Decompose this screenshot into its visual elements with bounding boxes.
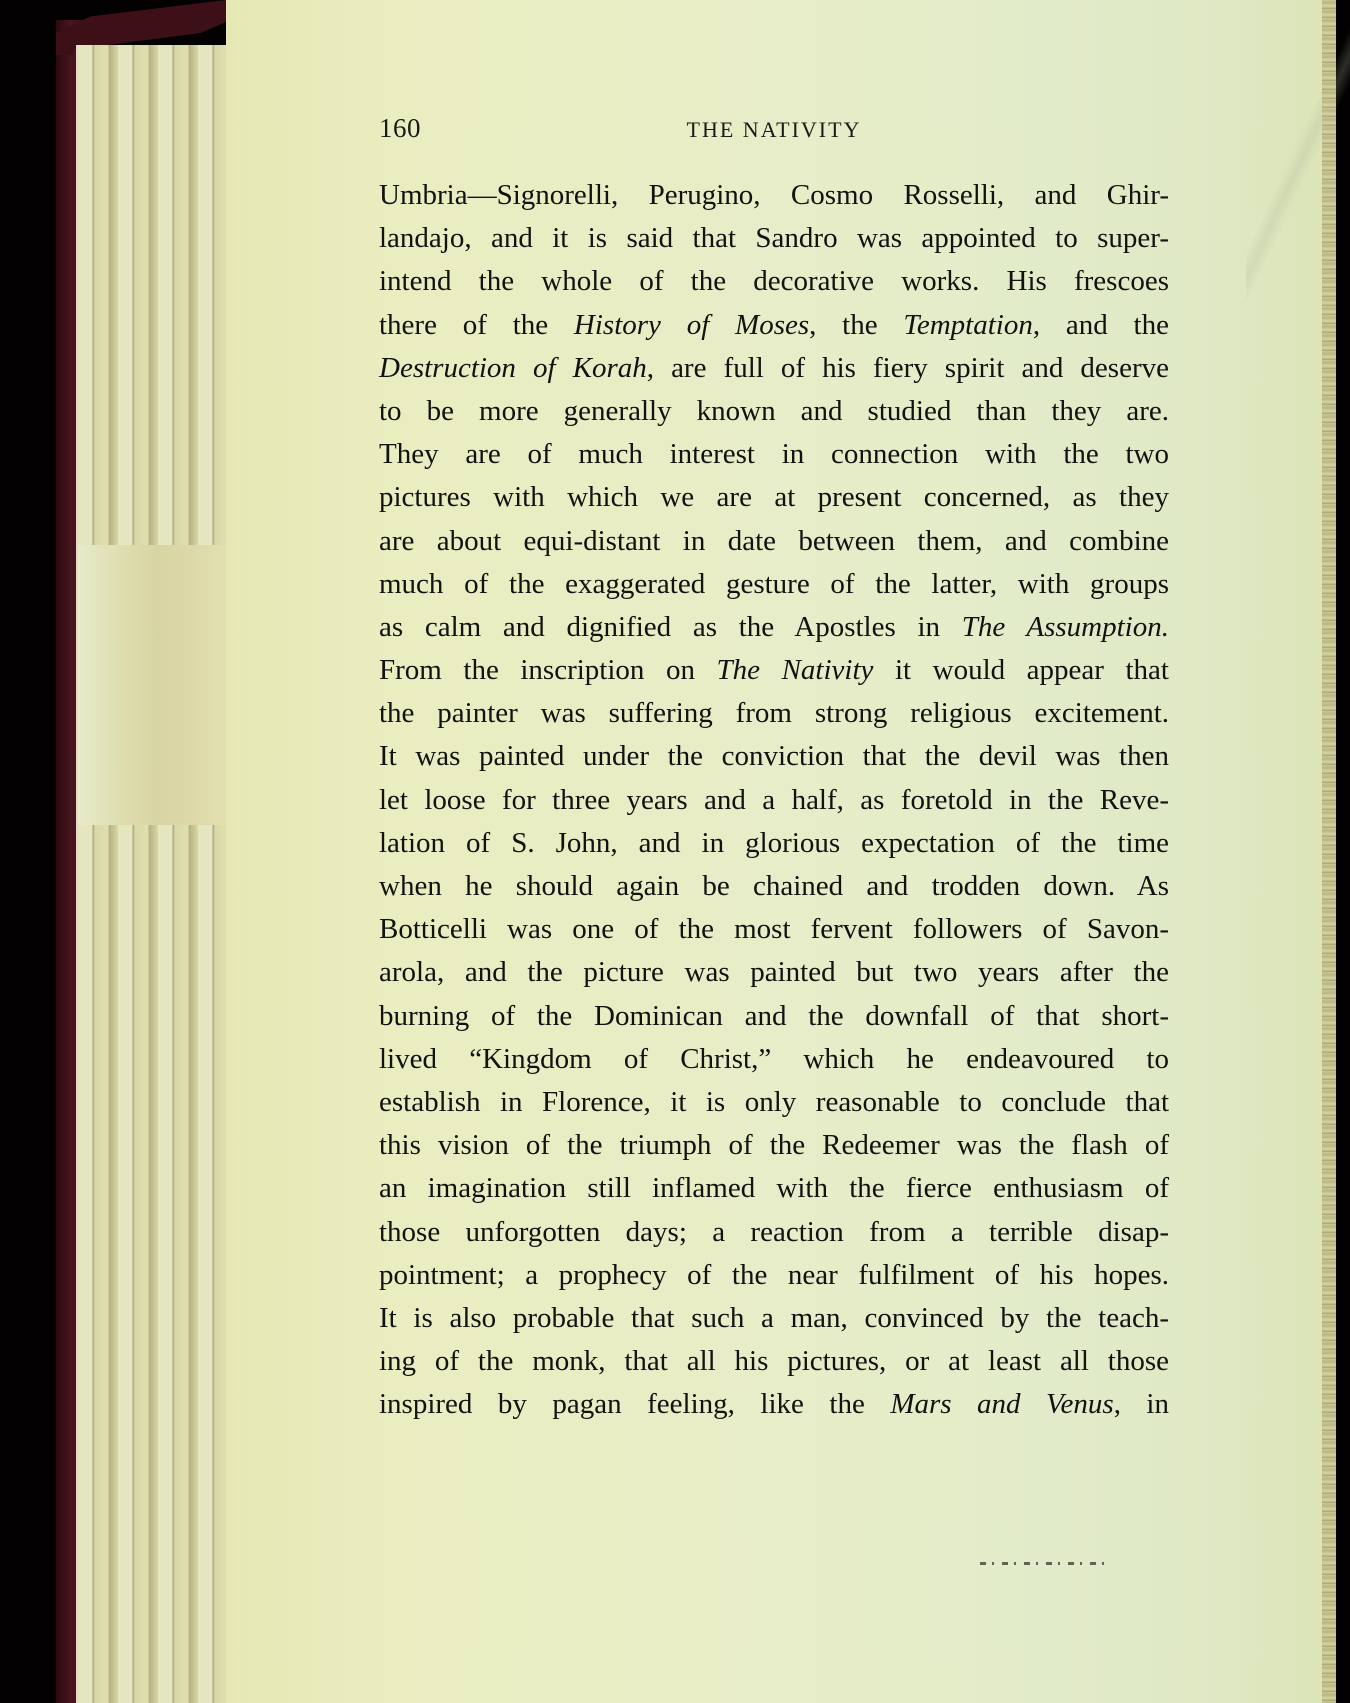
text-run: much of the exaggerated gesture of the l… xyxy=(379,568,1169,600)
italic-title: History of Moses xyxy=(574,309,809,341)
text-run: ing of the monk, that all his pictures, … xyxy=(379,1345,1169,1377)
text-line: as calm and dignified as the Apostles in… xyxy=(379,606,1169,649)
text-run: pictures with which we are at present co… xyxy=(379,481,1169,513)
text-line: there of the History of Moses, the Tempt… xyxy=(379,304,1169,347)
page-edges-stack xyxy=(76,45,238,1703)
text-run: , the xyxy=(809,309,903,341)
text-line: those unforgotten days; a reaction from … xyxy=(379,1211,1169,1254)
text-line: are about equi-distant in date between t… xyxy=(379,520,1169,563)
text-line: arola, and the picture was painted but t… xyxy=(379,951,1169,994)
text-run: lation of S. John, and in glorious expec… xyxy=(379,827,1169,859)
text-run: intend the whole of the decorative works… xyxy=(379,265,1169,297)
text-line: this vision of the triumph of the Redeem… xyxy=(379,1124,1169,1167)
text-line: Botticelli was one of the most fervent f… xyxy=(379,908,1169,951)
italic-title: Destruction of Korah xyxy=(379,352,647,384)
italic-title: The Assumption. xyxy=(962,611,1169,643)
text-line: burning of the Dominican and the downfal… xyxy=(379,995,1169,1038)
text-line: From the inscription on The Nativity it … xyxy=(379,649,1169,692)
text-line: when he should again be chained and trod… xyxy=(379,865,1169,908)
italic-title: Mars and Venus xyxy=(890,1388,1113,1420)
text-line: It is also probable that such a man, con… xyxy=(379,1297,1169,1340)
italic-title: Temptation xyxy=(903,309,1032,341)
text-line: much of the exaggerated gesture of the l… xyxy=(379,563,1169,606)
text-line: intend the whole of the decorative works… xyxy=(379,260,1169,303)
text-run: They are of much interest in connection … xyxy=(379,438,1169,470)
text-run: the painter was suffering from strong re… xyxy=(379,697,1169,729)
text-line: to be more generally known and studied t… xyxy=(379,390,1169,433)
text-run: It was painted under the conviction that… xyxy=(379,740,1169,772)
book-page: 160 THE NATIVITY Umbria—Signorelli, Peru… xyxy=(226,0,1336,1703)
running-head: THE NATIVITY xyxy=(379,117,1169,143)
text-line: It was painted under the conviction that… xyxy=(379,735,1169,778)
text-line: landajo, and it is said that Sandro was … xyxy=(379,217,1169,260)
text-line: ing of the monk, that all his pictures, … xyxy=(379,1340,1169,1383)
text-run: , in xyxy=(1114,1388,1169,1420)
text-run: there of the xyxy=(379,309,574,341)
text-line: Umbria—Signorelli, Perugino, Cosmo Rosse… xyxy=(379,174,1169,217)
text-line: They are of much interest in connection … xyxy=(379,433,1169,476)
text-run: an imagination still inflamed with the f… xyxy=(379,1172,1169,1204)
text-run: it would appear that xyxy=(873,654,1169,686)
text-run: From the inscription on xyxy=(379,654,717,686)
text-line: an imagination still inflamed with the f… xyxy=(379,1167,1169,1210)
text-run: Umbria—Signorelli, Perugino, Cosmo Rosse… xyxy=(379,179,1169,211)
paper-crease xyxy=(1246,0,1350,300)
text-line: pictures with which we are at present co… xyxy=(379,476,1169,519)
page-edges-blur-band xyxy=(78,545,238,825)
text-line: lived “Kingdom of Christ,” which he ende… xyxy=(379,1038,1169,1081)
text-run: Botticelli was one of the most fervent f… xyxy=(379,913,1169,945)
text-line: the painter was suffering from strong re… xyxy=(379,692,1169,735)
text-run: when he should again be chained and trod… xyxy=(379,870,1169,902)
text-run: let loose for three years and a half, as… xyxy=(379,784,1169,816)
text-run: arola, and the picture was painted but t… xyxy=(379,956,1169,988)
text-line: lation of S. John, and in glorious expec… xyxy=(379,822,1169,865)
text-run: those unforgotten days; a reaction from … xyxy=(379,1216,1169,1248)
text-run: as calm and dignified as the Apostles in xyxy=(379,611,962,643)
page-bottom-mark xyxy=(980,1562,1110,1565)
text-run: It is also probable that such a man, con… xyxy=(379,1302,1169,1334)
text-run: this vision of the triumph of the Redeem… xyxy=(379,1129,1169,1161)
text-run: establish in Florence, it is only reason… xyxy=(379,1086,1169,1118)
book-photo: 160 THE NATIVITY Umbria—Signorelli, Peru… xyxy=(0,0,1350,1703)
text-line: let loose for three years and a half, as… xyxy=(379,779,1169,822)
text-run: , are full of his fiery spirit and deser… xyxy=(647,352,1169,384)
italic-title: The Nativity xyxy=(717,654,874,686)
text-run: landajo, and it is said that Sandro was … xyxy=(379,222,1169,254)
text-run: to be more generally known and studied t… xyxy=(379,395,1169,427)
body-text: Umbria—Signorelli, Perugino, Cosmo Rosse… xyxy=(379,174,1169,1426)
text-run: lived “Kingdom of Christ,” which he ende… xyxy=(379,1043,1169,1075)
text-run: , and the xyxy=(1033,309,1169,341)
text-run: inspired by pagan feeling, like the xyxy=(379,1388,890,1420)
text-line: pointment; a prophecy of the near fulfil… xyxy=(379,1254,1169,1297)
page-header: 160 THE NATIVITY xyxy=(379,113,1169,147)
text-line: establish in Florence, it is only reason… xyxy=(379,1081,1169,1124)
text-run: burning of the Dominican and the downfal… xyxy=(379,1000,1169,1032)
text-line: Destruction of Korah, are full of his fi… xyxy=(379,347,1169,390)
text-line: inspired by pagan feeling, like the Mars… xyxy=(379,1383,1169,1426)
text-run: pointment; a prophecy of the near fulfil… xyxy=(379,1259,1169,1291)
text-run: are about equi-distant in date between t… xyxy=(379,525,1169,557)
